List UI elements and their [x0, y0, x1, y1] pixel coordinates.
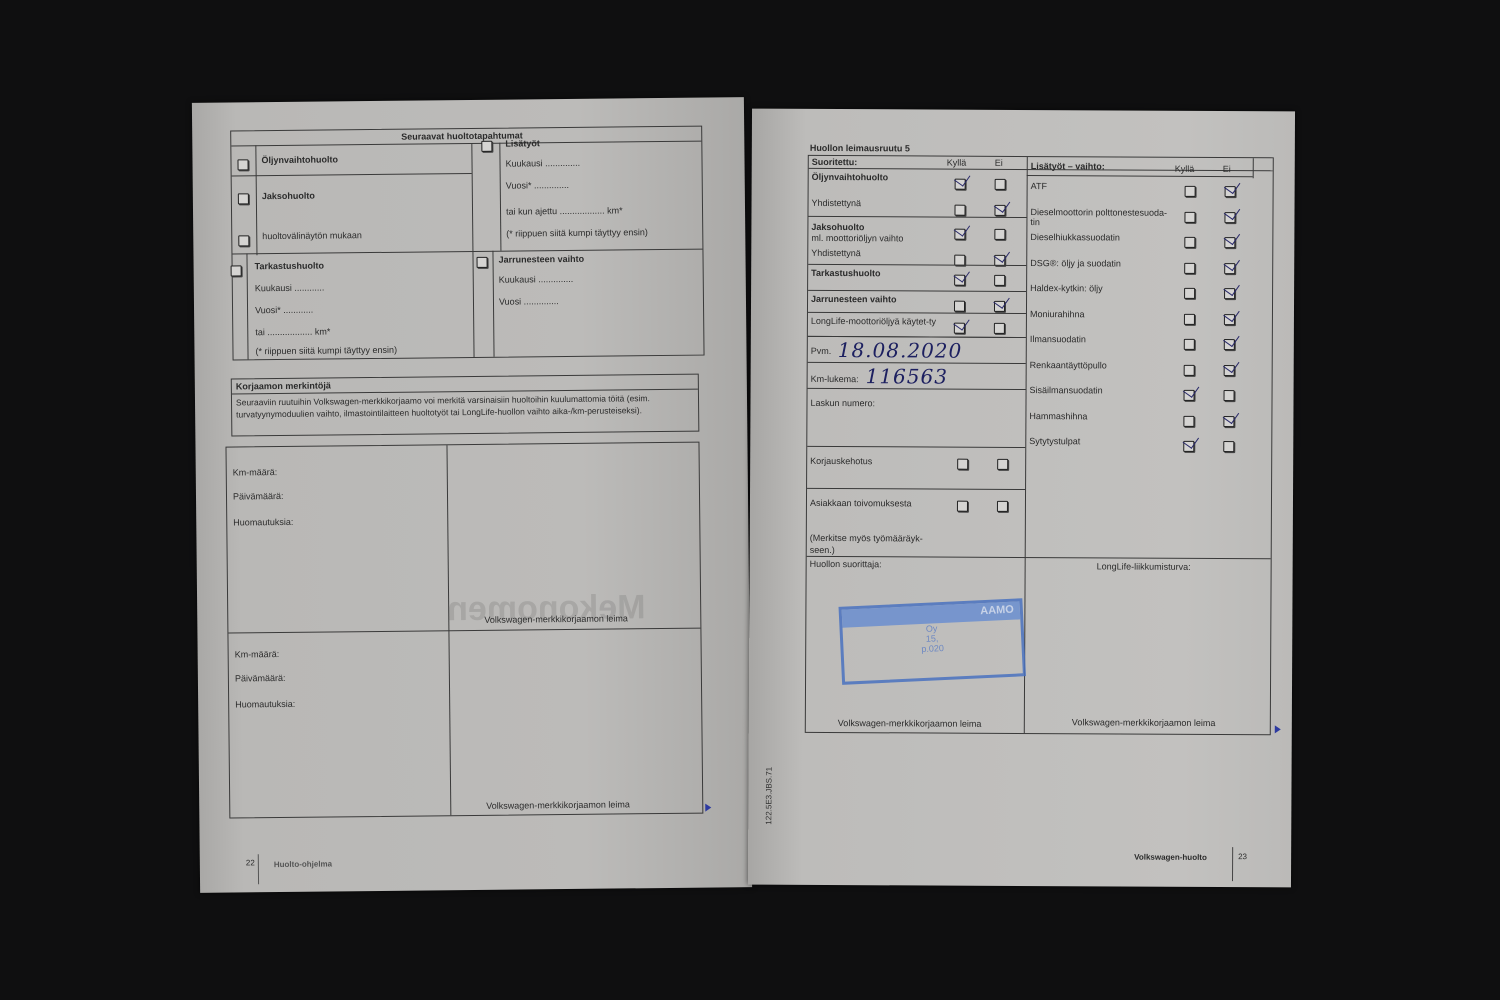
- section-footer-right: Volkswagen-huolto: [1134, 853, 1207, 862]
- extra-work-title: Lisätyöt: [505, 138, 540, 148]
- performed-row-label: Yhdistettynä: [811, 248, 861, 258]
- inspection-title: Tarkastushuolto: [255, 261, 324, 272]
- performed-no-checkbox[interactable]: [994, 229, 1005, 240]
- extra-work-row-label: ATF: [1031, 181, 1047, 191]
- block2-stamp-label: Volkswagen-merkkikorjaamon leima: [486, 799, 630, 811]
- extra-work-row-label: Dieselhiukkassuodatin: [1030, 232, 1120, 242]
- invoice-label: Laskun numero:: [810, 398, 875, 408]
- performed-rows: ÖljynvaihtohuoltoYhdistettynäJaksohuolto…: [809, 156, 1273, 158]
- extra-work-no-checkbox[interactable]: [1224, 237, 1235, 248]
- extra-work-yes-checkbox[interactable]: [1185, 186, 1196, 197]
- customer-request-yes-checkbox[interactable]: [957, 501, 968, 512]
- extra-work-row-label: DSG®: öljy ja suodatin: [1030, 258, 1121, 268]
- oil-change-checkbox[interactable]: [237, 159, 248, 170]
- performed-no-checkbox[interactable]: [995, 179, 1006, 190]
- customer-request-no-checkbox[interactable]: [997, 501, 1008, 512]
- interval-display-label: huoltovälinäytön mukaan: [262, 230, 362, 241]
- workshop-notes-description: Seuraaviin ruutuihin Volkswagen-merkkiko…: [236, 392, 691, 421]
- stamp-label-right: Volkswagen-merkkikorjaamon leima: [1072, 717, 1216, 728]
- longlife-label: LongLife-liikkumisturva:: [1097, 561, 1191, 571]
- date-label: Pvm.: [811, 346, 832, 356]
- workshop-blocks: Km-määrä: Päivämäärä: Huomautuksia: Volk…: [225, 442, 703, 819]
- extra-work-yes-checkbox[interactable]: [1184, 288, 1195, 299]
- extra-work-row-label: Ilmansuodatin: [1030, 334, 1086, 344]
- extra-no-header: Ei: [1223, 164, 1231, 174]
- performed-yes-checkbox[interactable]: [955, 179, 966, 190]
- block1-remarks-label: Huomautuksia:: [233, 517, 293, 528]
- performed-row-label: LongLife-moottoriöljyä käytet-ty: [811, 316, 936, 327]
- block1-date-label: Päivämäärä:: [233, 491, 284, 502]
- extra-work-header: Lisätyöt – vaihto:: [1031, 161, 1105, 171]
- performed-row-label: Jarrunesteen vaihto: [811, 294, 897, 304]
- brake-fluid-year: Vuosi ..............: [499, 296, 559, 307]
- service-stamp-box: Suoritettu: Kyllä Ei Lisätyöt – vaihto: …: [805, 155, 1274, 735]
- brake-fluid-checkbox[interactable]: [477, 257, 488, 268]
- inspection-km: tai .................. km*: [255, 326, 330, 337]
- performer-label: Huollon suorittaja:: [810, 559, 882, 569]
- performed-yes-checkbox[interactable]: [954, 229, 965, 240]
- date-value[interactable]: 18.08.2020: [838, 338, 963, 363]
- stamp-label-left: Volkswagen-merkkikorjaamon leima: [838, 718, 982, 729]
- block1-km-label: Km-määrä:: [233, 467, 278, 477]
- extra-work-no-checkbox[interactable]: [1223, 416, 1234, 427]
- section-footer-left: Huolto-ohjelma: [274, 859, 332, 869]
- period-service-checkbox[interactable]: [238, 193, 249, 204]
- performed-no-checkbox[interactable]: [994, 205, 1005, 216]
- performed-row-label: Yhdistettynä: [812, 198, 862, 208]
- extra-work-checkbox[interactable]: [481, 141, 492, 152]
- performed-header: Suoritettu:: [812, 157, 858, 167]
- extra-work-yes-checkbox[interactable]: [1183, 441, 1194, 452]
- extra-work-no-checkbox[interactable]: [1225, 186, 1236, 197]
- block2-date-label: Päivämäärä:: [235, 673, 286, 684]
- extra-work-row-label: Moniurahihna: [1030, 309, 1085, 319]
- repair-suggestion-label: Korjauskehotus: [810, 456, 872, 466]
- next-page-arrow-icon: [705, 804, 711, 812]
- extra-work-row-label: Renkaantäyttöpullo: [1030, 360, 1107, 370]
- extra-work-row-label: Hammashihna: [1029, 411, 1087, 421]
- extra-work-yes-checkbox[interactable]: [1184, 313, 1195, 324]
- km-value[interactable]: 116563: [866, 364, 948, 388]
- oil-change-label: Öljynvaihtohuolto: [261, 154, 338, 165]
- extra-work-yes-checkbox[interactable]: [1183, 415, 1194, 426]
- print-code: 122.5E3.JBS.71: [764, 767, 773, 825]
- extra-work-row-label: Sisäilmansuodatin: [1030, 385, 1103, 395]
- performed-no-checkbox[interactable]: [994, 323, 1005, 334]
- next-page-arrow-icon: [1275, 725, 1281, 733]
- km-label: Km-lukema:: [811, 374, 859, 384]
- performed-no-checkbox[interactable]: [994, 275, 1005, 286]
- performed-row-label: Jaksohuolto: [811, 222, 864, 232]
- extra-work-month: Kuukausi ..............: [505, 158, 580, 169]
- extra-work-no-checkbox[interactable]: [1224, 339, 1235, 350]
- performed-row-sublabel: ml. moottoriöljyn vaihto: [811, 233, 903, 243]
- extra-work-yes-checkbox[interactable]: [1184, 339, 1195, 350]
- extra-work-no-checkbox[interactable]: [1223, 441, 1234, 452]
- repair-suggestion-no-checkbox[interactable]: [997, 459, 1008, 470]
- block2-remarks-label: Huomautuksia:: [235, 699, 295, 710]
- inspection-checkbox[interactable]: [231, 265, 242, 276]
- customer-request-label: Asiakkaan toivomuksesta: [810, 498, 912, 509]
- inspection-year: Vuosi* ............: [255, 305, 313, 316]
- extra-work-no-checkbox[interactable]: [1224, 365, 1235, 376]
- period-service-label: Jaksohuolto: [262, 191, 315, 202]
- performed-no-header: Ei: [995, 158, 1003, 168]
- work-order-note: (Merkitse myös työmääräyk-seen.): [810, 532, 940, 557]
- performed-yes-checkbox[interactable]: [954, 205, 965, 216]
- performed-no-checkbox[interactable]: [994, 301, 1005, 312]
- upcoming-services-box: Seuraavat huoltotapahtumat Öljynvaihtohu…: [230, 126, 704, 361]
- workshop-notes-box: Korjaamon merkintöjä Seuraaviin ruutuihi…: [231, 374, 700, 437]
- extra-work-no-checkbox[interactable]: [1224, 314, 1235, 325]
- extra-work-no-checkbox[interactable]: [1224, 390, 1235, 401]
- extra-work-row-label: Dieselmoottorin polttonestesuoda-tin: [1030, 207, 1170, 228]
- performed-row-label: Tarkastushuolto: [811, 268, 880, 278]
- right-page: Huollon leimausruutu 5 Suoritettu: Kyllä…: [748, 109, 1295, 888]
- repair-suggestion-yes-checkbox[interactable]: [957, 459, 968, 470]
- workshop-notes-title: Korjaamon merkintöjä: [236, 380, 331, 391]
- extra-work-no-checkbox[interactable]: [1224, 263, 1235, 274]
- brake-fluid-month: Kuukausi ..............: [499, 274, 574, 285]
- extra-work-yes-checkbox[interactable]: [1184, 262, 1195, 273]
- page-number-right: 23: [1238, 852, 1247, 861]
- extra-work-row-label: Haldex-kytkin: öljy: [1030, 283, 1103, 293]
- extra-work-year: Vuosi* ..............: [506, 180, 569, 191]
- brake-fluid-title: Jarrunesteen vaihto: [498, 254, 584, 265]
- extra-work-no-checkbox[interactable]: [1224, 288, 1235, 299]
- performed-yes-header: Kyllä: [947, 158, 967, 168]
- workshop-stamp: AAMO Oy 15, p.020: [839, 598, 1026, 685]
- extra-work-no-checkbox[interactable]: [1224, 212, 1235, 223]
- extra-yes-header: Kyllä: [1175, 164, 1195, 174]
- inspection-note: (* riippuen siitä kumpi täyttyy ensin): [255, 345, 397, 356]
- extra-work-yes-checkbox[interactable]: [1184, 364, 1195, 375]
- performed-row-label: Öljynvaihtohuolto: [812, 172, 889, 182]
- page-number-left: 22: [246, 858, 255, 867]
- extra-work-row-label: Sytytystulpat: [1029, 436, 1080, 446]
- extra-work-yes-checkbox[interactable]: [1184, 237, 1195, 248]
- block1-stamp-label: Volkswagen-merkkikorjaamon leima: [484, 613, 628, 625]
- extra-work-yes-checkbox[interactable]: [1184, 211, 1195, 222]
- performed-yes-checkbox[interactable]: [954, 301, 965, 312]
- performed-yes-checkbox[interactable]: [954, 323, 965, 334]
- interval-display-checkbox[interactable]: [238, 235, 249, 246]
- performed-yes-checkbox[interactable]: [954, 275, 965, 286]
- extra-work-km: tai kun ajettu .................. km*: [506, 205, 623, 216]
- extra-work-note: (* riippuen siitä kumpi täyttyy ensin): [506, 227, 648, 238]
- block2-km-label: Km-määrä:: [235, 649, 280, 659]
- extra-work-rows: ATFDieselmoottorin polttonestesuoda-tinD…: [809, 156, 1273, 158]
- inspection-month: Kuukausi ............: [255, 283, 325, 294]
- left-page: Mekonomen Seuraavat huoltotapahtumat Ölj…: [192, 97, 752, 893]
- stamp-box-title: Huollon leimausruutu 5: [810, 143, 910, 154]
- extra-work-yes-checkbox[interactable]: [1184, 390, 1195, 401]
